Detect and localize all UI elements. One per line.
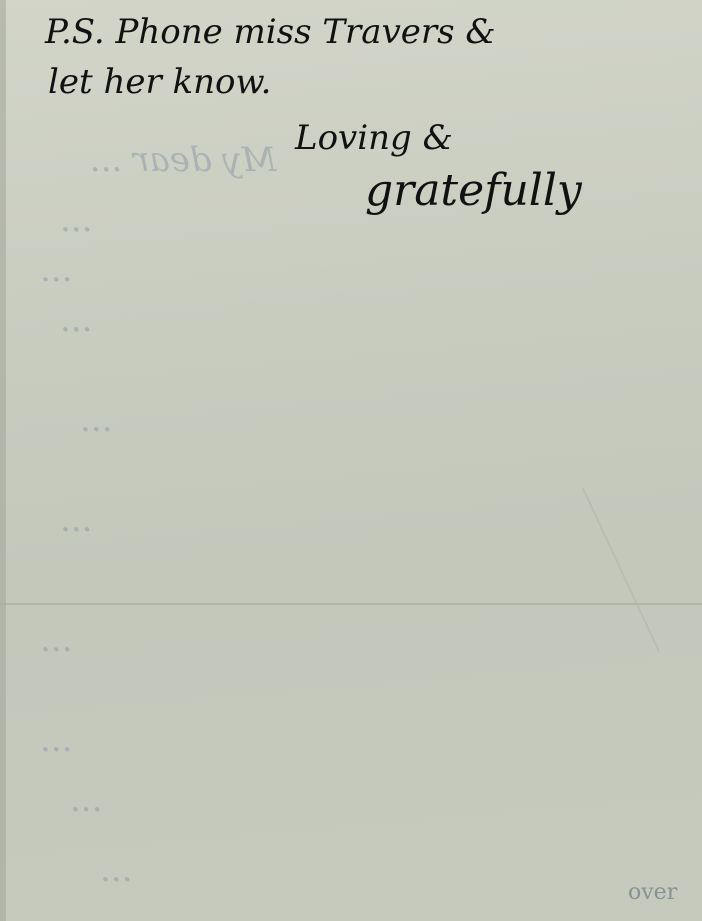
bleed-through-line: ... bbox=[40, 720, 72, 760]
paper-edge-shadow bbox=[0, 0, 6, 921]
bleed-through-line: ... bbox=[80, 400, 112, 440]
bleed-through-line: ... bbox=[40, 620, 72, 660]
diagonal-crease bbox=[582, 488, 660, 652]
bleed-through-line: ... bbox=[60, 300, 92, 340]
page-turn-mark: over bbox=[628, 880, 677, 905]
bleed-through-line: ... bbox=[100, 850, 132, 890]
bleed-through-line: ... bbox=[60, 500, 92, 540]
postscript-line-1: P.S. Phone miss Travers & bbox=[45, 12, 496, 52]
bleed-through-line: My dear ... bbox=[90, 140, 276, 180]
closing-line-1: Loving & bbox=[295, 118, 453, 158]
horizontal-fold-crease bbox=[0, 603, 702, 605]
bleed-through-line: ... bbox=[70, 780, 102, 820]
closing-line-2: gratefully bbox=[365, 165, 582, 216]
letter-page: My dear ... ... ... ... ... ... ... ... … bbox=[0, 0, 702, 921]
bleed-through-line: ... bbox=[40, 250, 72, 290]
bleed-through-line: ... bbox=[60, 200, 92, 240]
postscript-line-2: let her know. bbox=[48, 62, 271, 102]
